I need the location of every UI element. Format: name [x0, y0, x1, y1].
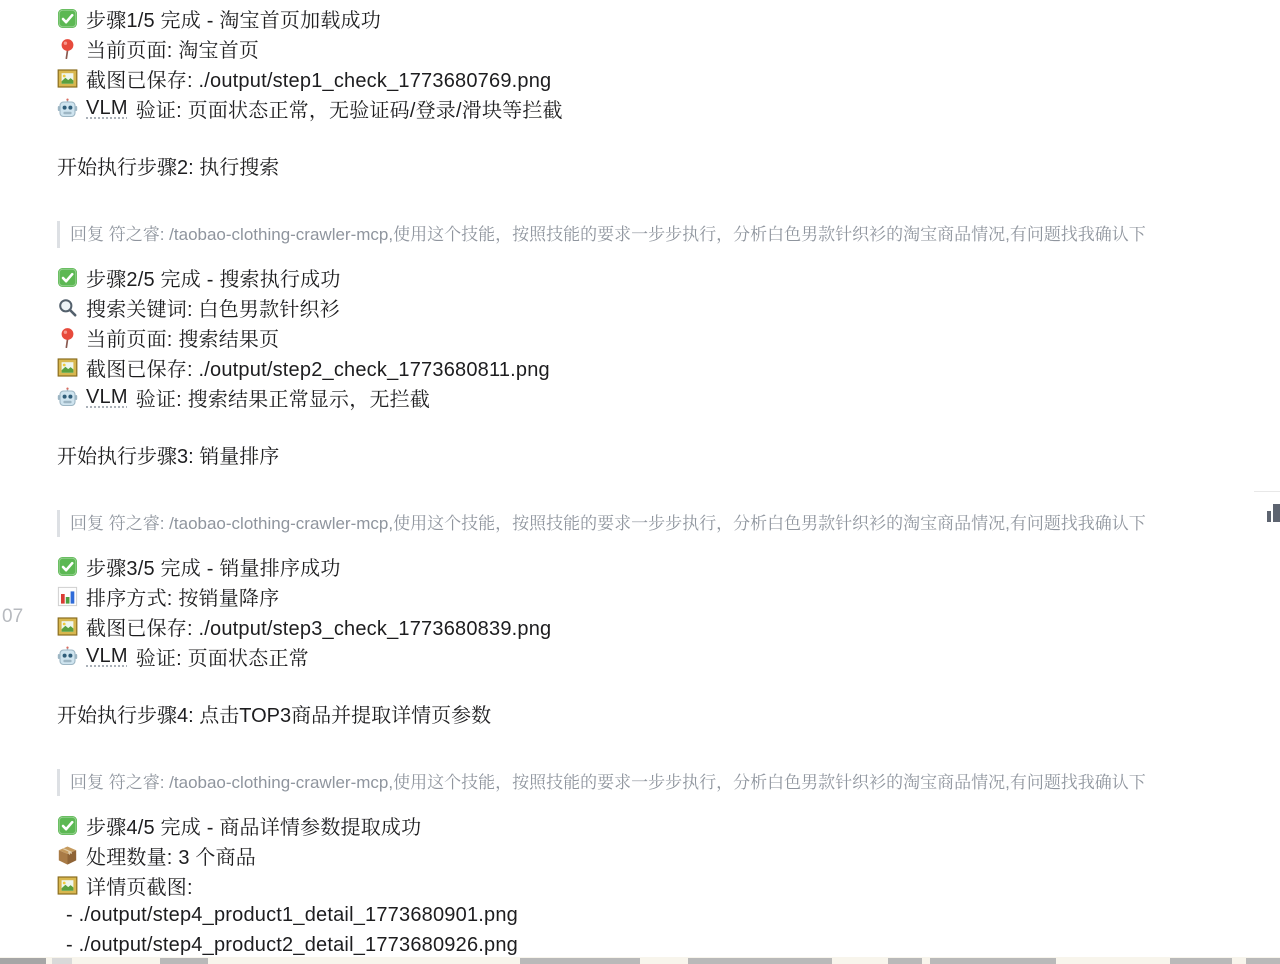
section-heading: 开始执行步骤3: 销量排序 [57, 442, 1257, 472]
status-line-text: - ./output/step4_product1_detail_1773680… [66, 904, 518, 927]
status-line-text: - ./output/step4_product2_detail_1773680… [66, 934, 518, 957]
pushpin-icon [57, 327, 78, 348]
clipped-edge-widget[interactable] [1252, 490, 1280, 524]
status-line: 截图已保存: ./output/step2_check_1773680811.p… [57, 352, 1257, 382]
bottom-strip-segment [1170, 958, 1232, 964]
spellcheck-underlined-text: VLM [86, 97, 128, 120]
spellcheck-underlined-text: VLM [86, 386, 128, 409]
robot-icon [57, 387, 78, 408]
status-line: 截图已保存: ./output/step1_check_1773680769.p… [57, 63, 1257, 93]
signal-bars-icon [1267, 511, 1271, 522]
chat-messages: 步骤1/5 完成 - 淘宝首页加载成功当前页面: 淘宝首页截图已保存: ./ou… [57, 3, 1257, 960]
pushpin-icon [57, 38, 78, 59]
reply-quote[interactable]: 回复 符之睿: /taobao-clothing-crawler-mcp,使用这… [57, 769, 1257, 796]
section-heading: 开始执行步骤4: 点击TOP3商品并提取详情页参数 [57, 701, 1257, 731]
status-line-text: 当前页面: 搜索结果页 [86, 323, 279, 352]
status-line-text: 排序方式: 按销量降序 [86, 582, 279, 611]
status-line-text: 步骤4/5 完成 - 商品详情参数提取成功 [86, 811, 421, 840]
status-line: 步骤1/5 完成 - 淘宝首页加载成功 [57, 3, 1257, 33]
section-heading: 开始执行步骤2: 执行搜索 [57, 153, 1257, 183]
bottom-strip-segment [0, 958, 46, 964]
status-line: 截图已保存: ./output/step3_check_1773680839.p… [57, 611, 1257, 641]
status-line-text: 验证: 搜索结果正常显示，无拦截 [136, 383, 430, 412]
screenshot-icon [57, 875, 78, 896]
bottom-strip-segment [160, 958, 208, 964]
search-icon [57, 297, 78, 318]
divider [1254, 491, 1280, 492]
status-line: 步骤2/5 完成 - 搜索执行成功 [57, 262, 1257, 292]
screenshot-icon [57, 68, 78, 89]
bottom-strip-segment [930, 958, 1056, 964]
status-line-text: 当前页面: 淘宝首页 [86, 34, 259, 63]
status-line: 处理数量: 3 个商品 [57, 840, 1257, 870]
spellcheck-underlined-text: VLM [86, 645, 128, 668]
status-line-text: 处理数量: 3 个商品 [86, 841, 256, 870]
reply-quote[interactable]: 回复 符之睿: /taobao-clothing-crawler-mcp,使用这… [57, 221, 1257, 248]
bottom-strip-segment [1246, 958, 1280, 964]
status-line: 详情页截图: [57, 870, 1257, 900]
bottom-strip-segment [688, 958, 832, 964]
status-line: 当前页面: 淘宝首页 [57, 33, 1257, 63]
status-line-text: 验证: 页面状态正常 [136, 642, 309, 671]
robot-icon [57, 98, 78, 119]
bottom-strip-segment [520, 958, 640, 964]
status-line-text: 步骤3/5 完成 - 销量排序成功 [86, 552, 341, 581]
reply-quote-text: 回复 符之睿: /taobao-clothing-crawler-mcp,使用这… [70, 514, 1146, 533]
status-line-text: 搜索关键词: 白色男款针织衫 [86, 293, 340, 322]
check-icon [57, 815, 78, 836]
bottom-strip-segment [52, 958, 72, 964]
timestamp-fragment: 07 [2, 606, 23, 628]
screenshot-icon [57, 357, 78, 378]
reply-quote-text: 回复 符之睿: /taobao-clothing-crawler-mcp,使用这… [70, 225, 1146, 244]
bottom-strip-segment [888, 958, 922, 964]
reply-quote[interactable]: 回复 符之睿: /taobao-clothing-crawler-mcp,使用这… [57, 510, 1257, 537]
status-line-text: 截图已保存: ./output/step1_check_1773680769.p… [86, 64, 551, 93]
status-line-text: 详情页截图: [86, 871, 193, 900]
reply-quote-text: 回复 符之睿: /taobao-clothing-crawler-mcp,使用这… [70, 773, 1146, 792]
robot-icon [57, 646, 78, 667]
status-line: VLM验证: 页面状态正常 [57, 641, 1257, 671]
package-icon [57, 845, 78, 866]
status-line-text: 验证: 页面状态正常，无验证码/登录/滑块等拦截 [136, 94, 563, 123]
signal-bars-icon [1273, 504, 1280, 522]
status-line: 搜索关键词: 白色男款针织衫 [57, 292, 1257, 322]
status-line: 排序方式: 按销量降序 [57, 581, 1257, 611]
status-line: 步骤4/5 完成 - 商品详情参数提取成功 [57, 810, 1257, 840]
status-line-text: 步骤2/5 完成 - 搜索执行成功 [86, 263, 341, 292]
status-line-text: 步骤1/5 完成 - 淘宝首页加载成功 [86, 4, 381, 33]
bar-chart-icon [57, 586, 78, 607]
check-icon [57, 556, 78, 577]
status-line: VLM验证: 搜索结果正常显示，无拦截 [57, 382, 1257, 412]
agent-chat-log: { "colors": { "text": "#1d1d1f", "quote_… [0, 0, 1280, 964]
status-line: 当前页面: 搜索结果页 [57, 322, 1257, 352]
screenshot-icon [57, 616, 78, 637]
check-icon [57, 8, 78, 29]
file-path-line: - ./output/step4_product2_detail_1773680… [57, 930, 1257, 960]
status-line: VLM验证: 页面状态正常，无验证码/登录/滑块等拦截 [57, 93, 1257, 123]
status-line-text: 截图已保存: ./output/step3_check_1773680839.p… [86, 612, 551, 641]
bottom-strip [0, 957, 1280, 964]
status-line-text: 截图已保存: ./output/step2_check_1773680811.p… [86, 353, 550, 382]
status-line: 步骤3/5 完成 - 销量排序成功 [57, 551, 1257, 581]
file-path-line: - ./output/step4_product1_detail_1773680… [57, 900, 1257, 930]
check-icon [57, 267, 78, 288]
